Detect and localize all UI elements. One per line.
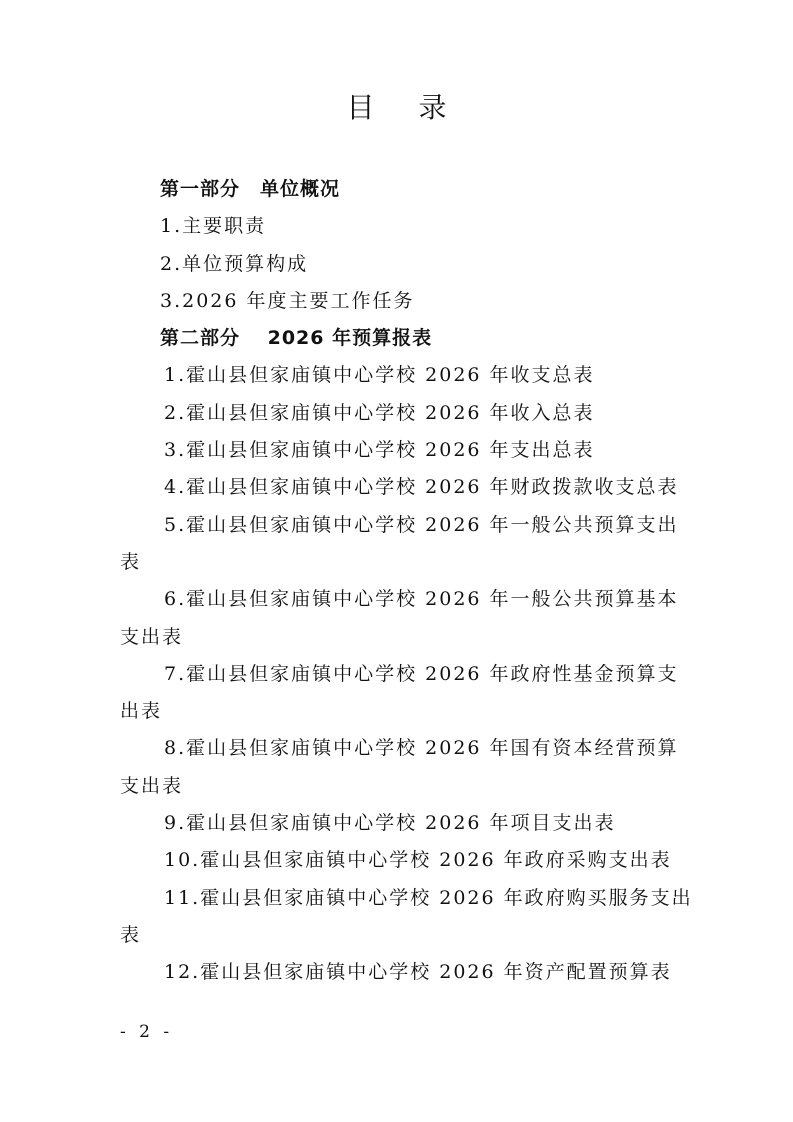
toc-entry-continuation: 支出表 [120,768,680,805]
toc-entry: 2.霍山县但家庙镇中心学校 2026 年收入总表 [120,395,680,432]
page-title: 目录 [0,88,793,128]
page-number: - 2 - [120,1020,173,1044]
toc-entry: 2.单位预算构成 [120,246,680,283]
toc-entry: 8.霍山县但家庙镇中心学校 2026 年国有资本经营预算 [120,730,680,767]
toc-entry: 1.霍山县但家庙镇中心学校 2026 年收支总表 [120,357,680,394]
table-of-contents: 第一部分 单位概况 1.主要职责 2.单位预算构成 3.2026 年度主要工作任… [120,171,680,992]
toc-entry: 6.霍山县但家庙镇中心学校 2026 年一般公共预算基本 [120,581,680,618]
part2-heading: 第二部分 2026 年预算报表 [120,320,680,357]
toc-entry: 7.霍山县但家庙镇中心学校 2026 年政府性基金预算支 [120,656,680,693]
toc-entry-continuation: 表 [120,544,680,581]
toc-entry-continuation: 表 [120,917,680,954]
part1-heading: 第一部分 单位概况 [120,171,680,208]
toc-entry: 3.霍山县但家庙镇中心学校 2026 年支出总表 [120,432,680,469]
toc-entry-continuation: 支出表 [120,619,680,656]
toc-entry: 4.霍山县但家庙镇中心学校 2026 年财政拨款收支总表 [120,469,680,506]
toc-entry: 10.霍山县但家庙镇中心学校 2026 年政府采购支出表 [120,842,680,879]
toc-entry: 12.霍山县但家庙镇中心学校 2026 年资产配置预算表 [120,954,680,991]
toc-entry: 11.霍山县但家庙镇中心学校 2026 年政府购买服务支出 [120,880,680,917]
toc-entry: 3.2026 年度主要工作任务 [120,283,680,320]
toc-entry-continuation: 出表 [120,693,680,730]
toc-entry: 9.霍山县但家庙镇中心学校 2026 年项目支出表 [120,805,680,842]
toc-entry: 5.霍山县但家庙镇中心学校 2026 年一般公共预算支出 [120,507,680,544]
toc-entry: 1.主要职责 [120,208,680,245]
